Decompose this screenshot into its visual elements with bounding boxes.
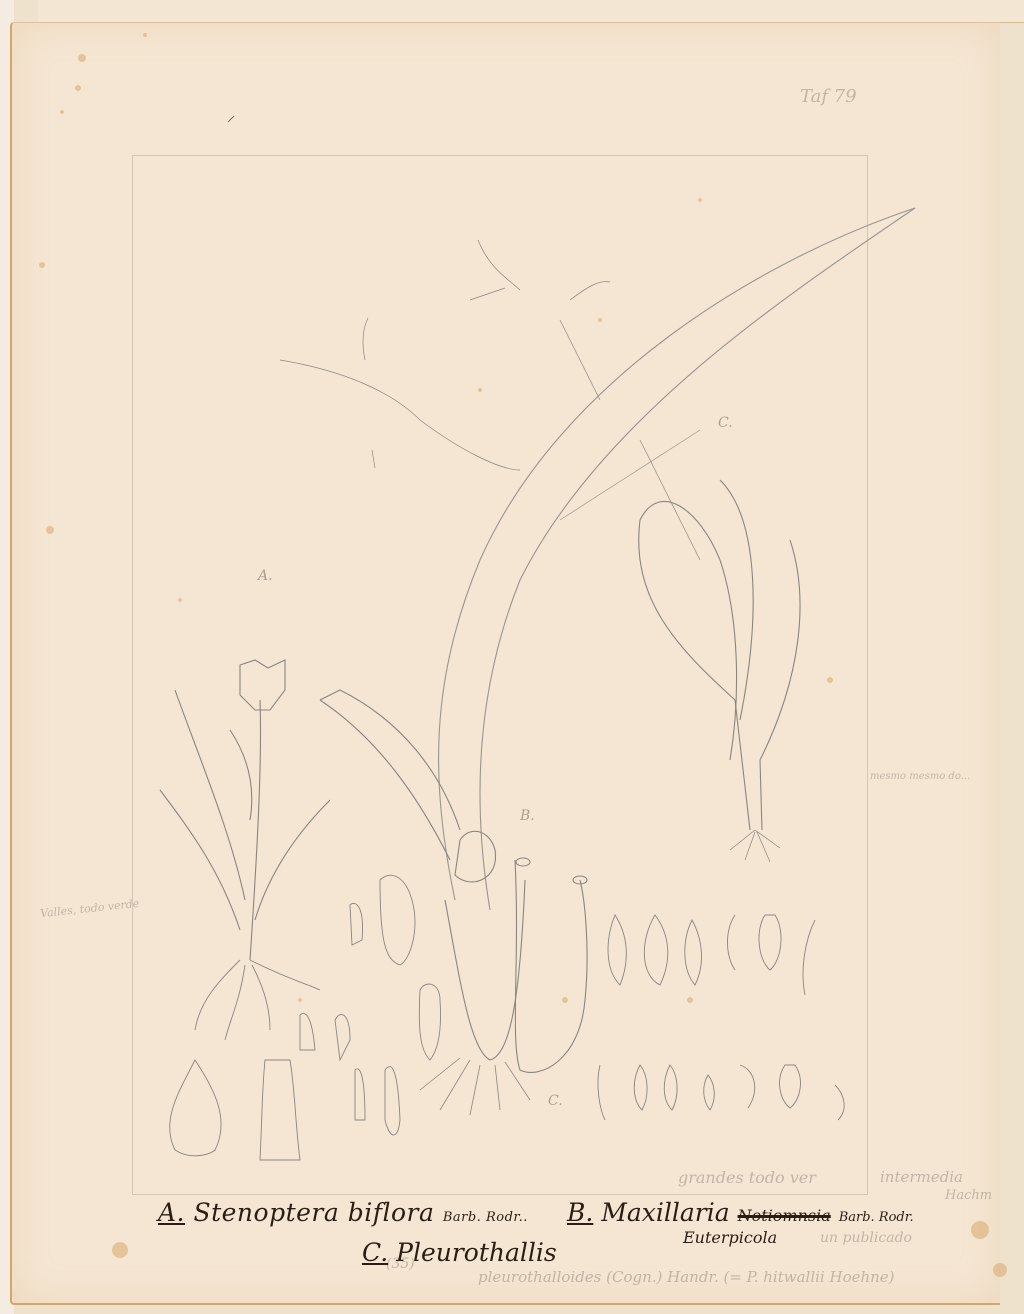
caption-line-b: B. Maxillaria Notiomnsia Barb. Rodr. — [567, 1198, 914, 1227]
caption-b-epithet: Euterpicola — [683, 1228, 777, 1247]
caption-line-c: C. Pleurothallis — [362, 1238, 557, 1267]
figure-label-c-details: C. — [548, 1093, 563, 1109]
caption-a-letter: A. — [158, 1198, 185, 1227]
pencil-note-right-margin: mesmo mesmo do... — [870, 770, 970, 783]
figure-label-a: A. — [258, 568, 273, 584]
pencil-note-right-lower: un publicado — [820, 1230, 912, 1246]
plant-b-leaf — [439, 208, 915, 910]
figure-label-c: C. — [718, 415, 733, 431]
caption-c-name: Pleurothallis — [396, 1238, 557, 1267]
caption-a-name: Stenoptera biflora — [193, 1198, 434, 1227]
pencil-note-top-right: Taf 79 — [800, 86, 857, 107]
plant-a-details — [170, 875, 441, 1160]
caption-line-a: A. Stenoptera biflora Barb. Rodr.. — [158, 1198, 528, 1227]
figure-label-b: B. — [520, 808, 535, 824]
caption-c-letter: C. — [362, 1238, 388, 1267]
plant-b-bulbs — [320, 690, 587, 1115]
caption-b-author: Barb. Rodr. — [839, 1210, 914, 1225]
caption-b-letter: B. — [567, 1198, 593, 1227]
caption-a-author: Barb. Rodr.. — [443, 1210, 528, 1225]
caption-b-name: Maxillaria — [601, 1198, 729, 1227]
foxing-spots — [39, 33, 1007, 1277]
pencil-note-right-upper-2: intermedia — [880, 1168, 963, 1186]
pencil-note-right-upper-3: Hachm — [945, 1188, 992, 1203]
plant-a — [160, 660, 330, 1040]
pencil-note-right-upper: grandes todo ver — [678, 1168, 816, 1187]
botanical-drawing — [0, 0, 1024, 1314]
pencil-note-bottom-line: pleurothalloides (Cogn.) Handr. (= P. hi… — [478, 1268, 1018, 1286]
caption-b-struck-epithet: Notiomnsia — [738, 1206, 831, 1225]
plant-c-details — [598, 915, 844, 1120]
plant-c — [639, 440, 800, 862]
